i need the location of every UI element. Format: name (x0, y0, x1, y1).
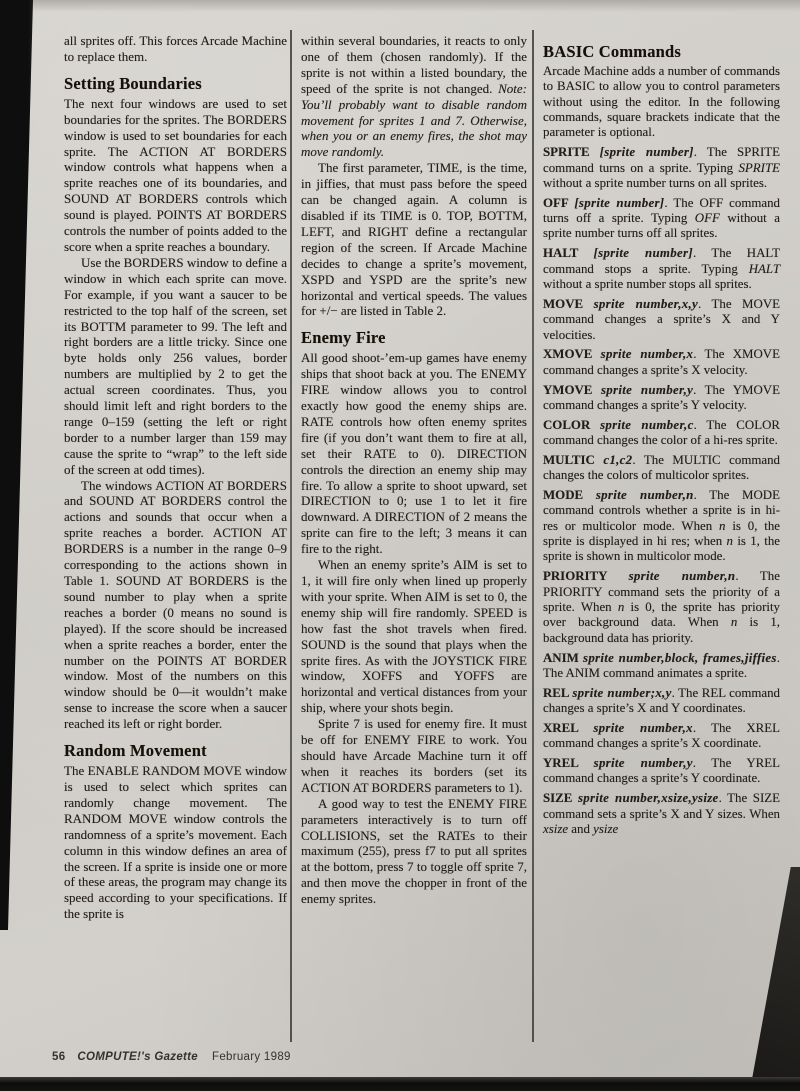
scan-edge-top (0, 0, 800, 12)
magazine-page: all sprites off. This forces Arcade Mach… (0, 0, 800, 1091)
paragraph: all sprites off. This forces Arcade Mach… (64, 33, 287, 65)
column-rule-1 (290, 30, 292, 1042)
command-paragraph: REL sprite number;x,y. The REL command c… (543, 686, 780, 717)
command-paragraph: ANIM sprite number,block, frames,jiffies… (543, 651, 780, 682)
section-heading: Random Movement (64, 741, 287, 760)
section-heading: BASIC Commands (543, 42, 780, 61)
command-paragraph: MOVE sprite number,x,y. The MOVE command… (543, 297, 780, 343)
command-paragraph: SIZE sprite number,xsize,ysize. The SIZE… (543, 791, 780, 837)
page-number: 56 (52, 1051, 65, 1063)
page-footer: 56COMPUTE!'s GazetteFebruary 1989 (52, 1051, 552, 1063)
command-paragraph: PRIORITY sprite number,n. The PRIORITY c… (543, 569, 780, 646)
paragraph: A good way to test the ENEMY FIRE parame… (301, 796, 527, 907)
section-heading: Setting Boundaries (64, 74, 287, 93)
command-paragraph: MULTIC c1,c2. The MULTIC command changes… (543, 453, 780, 484)
magazine-title: COMPUTE!'s Gazette (77, 1051, 198, 1063)
scan-edge-bottom (0, 1077, 800, 1091)
command-paragraph: XMOVE sprite number,x. The XMOVE command… (543, 347, 780, 378)
paragraph: Use the BORDERS window to define a windo… (64, 255, 287, 478)
command-paragraph: XREL sprite number,x. The XREL command c… (543, 721, 780, 752)
column-right: BASIC CommandsArcade Machine adds a numb… (543, 33, 780, 837)
column-middle: within several boundaries, it reacts to … (301, 33, 527, 907)
command-paragraph: HALT [sprite number]. The HALT command s… (543, 246, 780, 292)
paragraph: The windows ACTION AT BORDERS and SOUND … (64, 478, 287, 733)
paragraph: The first parameter, TIME, is the time, … (301, 160, 527, 319)
command-paragraph: YMOVE sprite number,y. The YMOVE command… (543, 383, 780, 414)
paragraph: All good shoot-’em-up games have enemy s… (301, 350, 527, 557)
paragraph: Arcade Machine adds a number of commands… (543, 64, 780, 141)
command-paragraph: SPRITE [sprite number]. The SPRITE comma… (543, 145, 780, 191)
command-paragraph: COLOR sprite number,c. The COLOR command… (543, 418, 780, 449)
command-paragraph: OFF [sprite number]. The OFF command tur… (543, 196, 780, 242)
command-paragraph: MODE sprite number,n. The MODE command c… (543, 488, 780, 565)
paragraph: Sprite 7 is used for enemy fire. It must… (301, 716, 527, 796)
paragraph: The ENABLE RANDOM MOVE window is used to… (64, 763, 287, 922)
issue-date: February 1989 (212, 1051, 291, 1063)
paragraph: The next four windows are used to set bo… (64, 96, 287, 255)
section-heading: Enemy Fire (301, 328, 527, 347)
column-rule-2 (532, 30, 534, 1042)
command-paragraph: YREL sprite number,y. The YREL command c… (543, 756, 780, 787)
paragraph: within several boundaries, it reacts to … (301, 33, 527, 160)
column-left: all sprites off. This forces Arcade Mach… (64, 33, 287, 922)
paragraph: When an enemy sprite’s AIM is set to 1, … (301, 557, 527, 716)
